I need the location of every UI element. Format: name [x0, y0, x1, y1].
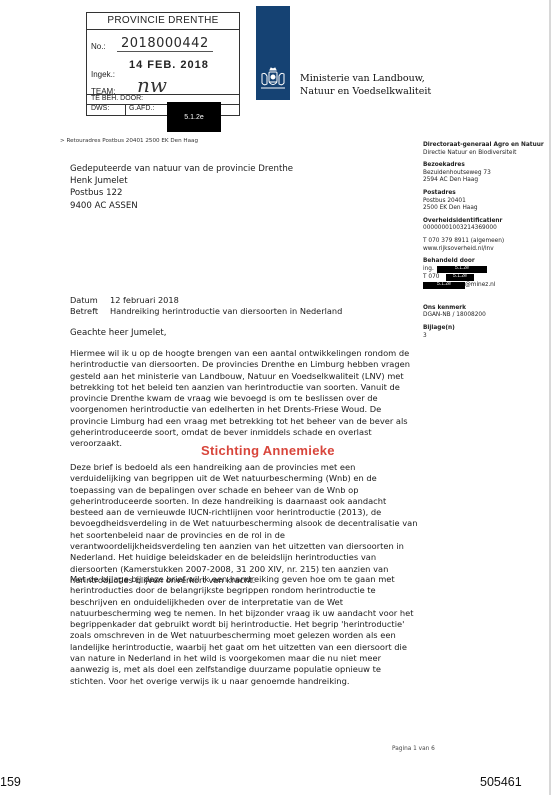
text-line: van nature in Nederland in het wild is v… — [70, 653, 415, 664]
paragraph-3: Met de bijlage bij deze brief wil ik een… — [70, 574, 415, 687]
text-line: bevoegdheidsverdeling in de Wet natuurbe… — [70, 518, 415, 529]
stamp-no-label: No.: — [91, 42, 106, 51]
coat-of-arms-icon — [259, 66, 287, 92]
text-line: verduidelijking van begrippen uit de Wet… — [70, 473, 415, 484]
watermark: Stichting Annemieke — [201, 443, 335, 458]
return-address: > Retouradres Postbus 20401 2500 EK Den … — [60, 138, 198, 144]
visit-address-line: Bezuidenhoutseweg 73 — [423, 170, 548, 178]
ministry-name-line2: Natuur en Voedselkwaliteit — [300, 85, 431, 98]
rijksoverheid-logo — [256, 6, 290, 100]
addressee-block: Gedeputeerde van natuur van de provincie… — [70, 163, 293, 212]
date-label: Datum — [70, 295, 110, 306]
redaction-box: 5.1.2e — [423, 282, 465, 289]
ministry-name: Ministerie van Landbouw, Natuur en Voeds… — [300, 72, 431, 98]
website-link[interactable]: www.rijksoverheid.nl/lnv — [423, 246, 548, 254]
text-line: Nederland. Het huidige beleidskader en d… — [70, 552, 415, 563]
addressee-line: Gedeputeerde van natuur van de provincie… — [70, 163, 293, 175]
received-stamp: PROVINCIE DRENTHE No.: 2018000442 Ingek.… — [86, 12, 240, 116]
text-line: voorgenomen herintroductie van edelherte… — [70, 404, 415, 415]
text-line: stichten. Voor het overige verwijs ik u … — [70, 676, 415, 687]
date-value: 12 februari 2018 — [110, 295, 179, 305]
visit-address-label: Bezoekadres — [423, 162, 548, 170]
paragraph-1: Hiermee wil ik u op de hoogte brengen va… — [70, 348, 415, 450]
text-line: verantwoordelijkheidsverdeling ten aanzi… — [70, 541, 415, 552]
text-line: gesteld aan het ministerie van Landbouw,… — [70, 371, 415, 382]
text-line: beschrijven en onduidelijkheden over de … — [70, 597, 415, 608]
stamp-registration-number: 2018000442 — [117, 36, 213, 52]
stamp-received-date: 14 FEB. 2018 — [129, 59, 209, 71]
subject-value: Handreiking herintroductie van diersoort… — [110, 306, 342, 316]
postal-address-line: 2500 EK Den Haag — [423, 205, 548, 213]
text-line: het soortenbeleid naar de provincies en … — [70, 530, 415, 541]
text-line: toepassing van de bepalingen over schade… — [70, 485, 415, 496]
text-line: natuurbescherming weg te nemen. In het b… — [70, 608, 415, 619]
page-edge — [549, 0, 551, 795]
text-line: aanwezig is, met als doel een zelfstandi… — [70, 664, 415, 675]
text-line: geherintroduceerde soort, omdat de bever… — [70, 427, 415, 438]
stamp-title: PROVINCIE DRENTHE — [87, 13, 239, 30]
postal-address-label: Postadres — [423, 190, 548, 198]
handled-by-phone-prefix: T 070 — [423, 274, 439, 280]
text-line: provincie Limburg had een vraag met betr… — [70, 416, 415, 427]
text-line: begrippenkader dat gebruikt wordt bij he… — [70, 619, 415, 630]
text-line: zoals omschreven in de Wet natuurbescher… — [70, 630, 415, 641]
text-line: provincie Drenthe kwam de vraag wie bevo… — [70, 393, 415, 404]
visit-address-line: 2594 AC Den Haag — [423, 177, 548, 185]
stamp-received-label: Ingek.: — [91, 70, 115, 79]
ministry-name-line1: Ministerie van Landbouw, — [300, 72, 431, 85]
directorate-name: Directoraat-generaal Agro en Natuur — [423, 142, 548, 150]
stamp-gafd-label: G.AFD.: — [129, 105, 154, 112]
bates-number-left: 159 — [0, 775, 21, 789]
handled-by-label: Behandeld door — [423, 258, 548, 266]
directorate-sub: Directie Natuur en Biodiversiteit — [423, 150, 548, 158]
phone-general: T 070 379 8911 (algemeen) — [423, 238, 548, 246]
postal-address-line: Postbus 20401 — [423, 198, 548, 206]
attachments-value: 3 — [423, 333, 548, 341]
redaction-box: 5.1.2e — [437, 266, 487, 273]
text-line: Met de bijlage bij deze brief wil ik een… — [70, 574, 415, 585]
redaction-box: 5.1.2e — [167, 102, 221, 132]
sender-sidebar: Directoraat-generaal Agro en Natuur Dire… — [423, 142, 548, 345]
text-line: geherintroduceerde soorten. In deze hand… — [70, 496, 415, 507]
stamp-handler-label: TE BEH. DOOR: — [91, 95, 143, 102]
addressee-line: Henk Jumelet — [70, 175, 293, 187]
gov-id-value: 00000001003214369000 — [423, 225, 548, 233]
attachments-label: Bijlage(n) — [423, 325, 548, 333]
handled-by-prefix: ing. — [423, 266, 434, 272]
bates-number-right: 505461 — [480, 775, 522, 789]
addressee-line: Postbus 122 — [70, 187, 293, 199]
text-line: herintroductie van diersoorten. De provi… — [70, 359, 415, 370]
handled-by-email-row: 5.1.2e @minez.nl — [423, 282, 548, 290]
text-line: besteed aan de vernieuwde IUCN-richtlijn… — [70, 507, 415, 518]
reference-label: Ons kenmerk — [423, 305, 548, 313]
subject-label: Betreft — [70, 306, 110, 317]
text-line: betrekking tot het beleid ten aanzien va… — [70, 382, 415, 393]
text-line: Deze brief is bedoeld als een handreikin… — [70, 462, 415, 473]
stamp-dws-label: DWS: — [91, 105, 109, 112]
handled-by-name-row: ing. 5.1.2e — [423, 266, 548, 274]
salutation: Geachte heer Jumelet, — [70, 328, 166, 338]
text-line: landelijke herintroductie, waarbij het g… — [70, 642, 415, 653]
redaction-box: 5.1.2e — [446, 274, 474, 281]
stamp-divider — [125, 104, 126, 115]
letter-meta: Datum12 februari 2018 BetreftHandreiking… — [70, 295, 342, 317]
reference-value: DGAN-NB / 18008200 — [423, 312, 548, 320]
gov-id-label: Overheidsidentificatienr — [423, 218, 548, 226]
text-line: herintroducties door de belangrijkste be… — [70, 585, 415, 596]
handled-by-email-suffix: @minez.nl — [465, 282, 495, 290]
addressee-line: 9400 AC ASSEN — [70, 200, 293, 212]
paragraph-2: Deze brief is bedoeld als een handreikin… — [70, 462, 415, 586]
text-line: Hiermee wil ik u op de hoogte brengen va… — [70, 348, 415, 359]
page-number: Pagina 1 van 6 — [392, 746, 435, 752]
